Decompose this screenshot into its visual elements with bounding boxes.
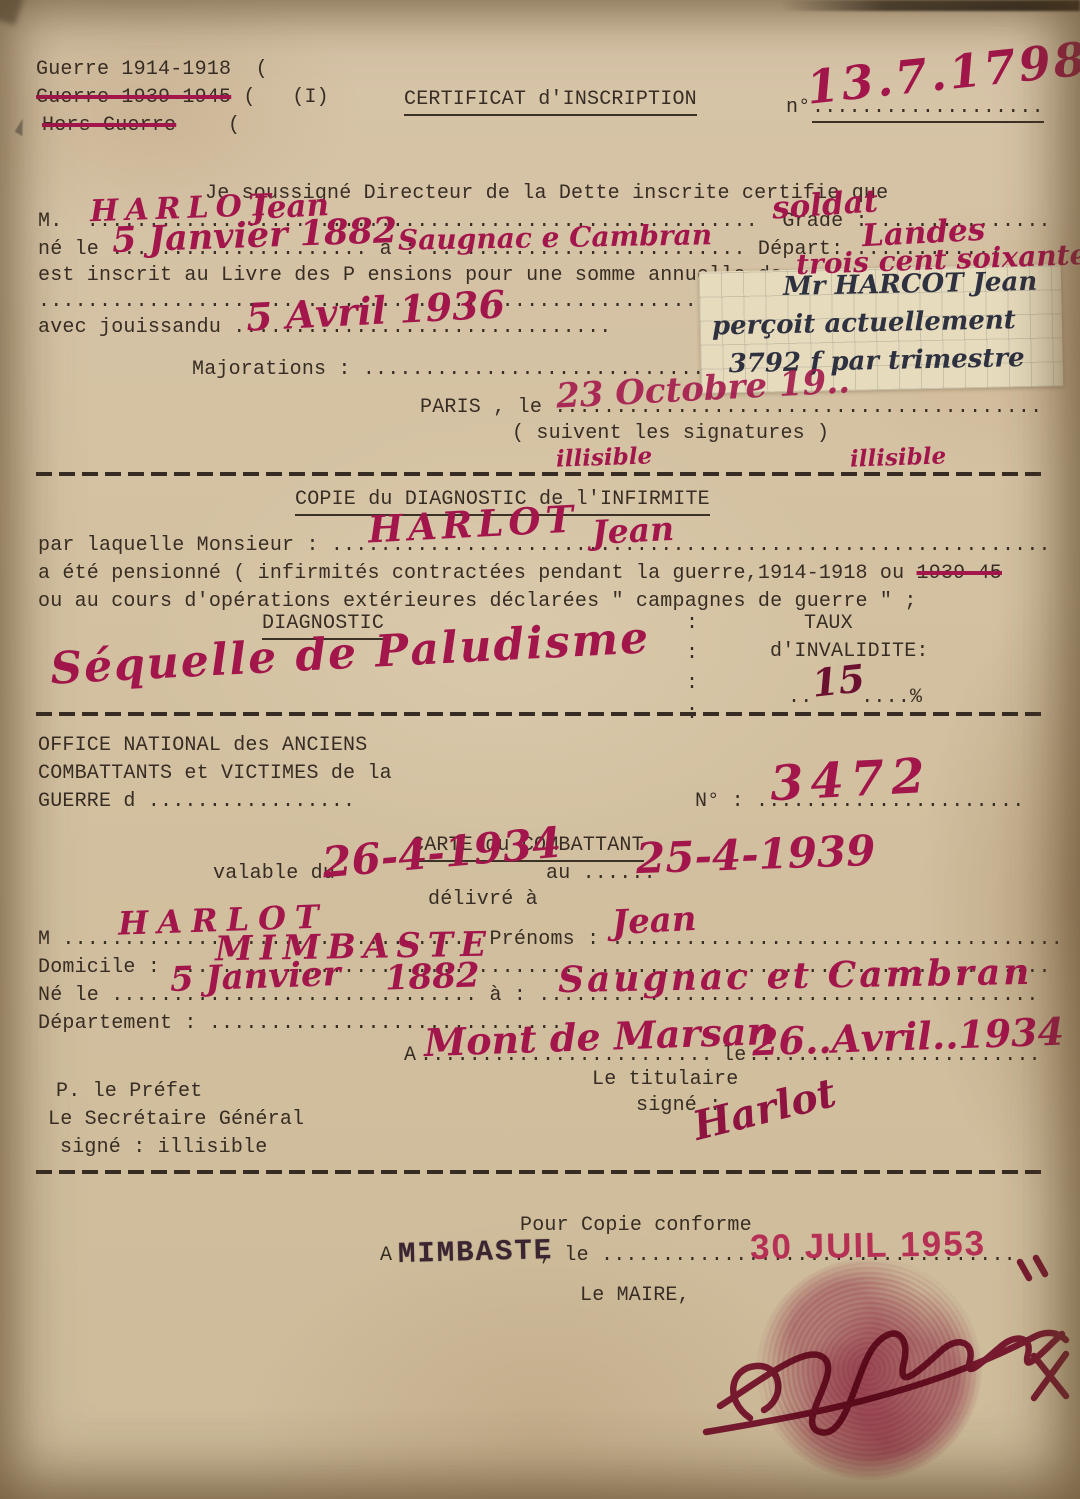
prefet-line-3: signé : illisible xyxy=(60,1136,267,1159)
colon-1: : xyxy=(686,612,698,635)
diag-name-value: HARLOT xyxy=(367,501,579,549)
mayor-signature xyxy=(690,1246,1080,1492)
diag-firstname-value: Jean xyxy=(591,512,675,549)
signature-note-right: illisible xyxy=(850,444,947,470)
diagnosis-value: Séquelle de Paludisme xyxy=(49,616,651,691)
war-line-3: Hors-Guerre xyxy=(42,114,176,137)
number-label: n° xyxy=(786,96,810,119)
war-line-2-struck: Guerre 1939-1945 xyxy=(36,86,231,109)
war-line-2: Guerre 1939-1945 ( (I) xyxy=(36,86,329,109)
commune-stamp: MIMBASTE xyxy=(398,1234,554,1271)
carte-firstname-value: Jean xyxy=(611,902,697,940)
birth-date-value: 5 Janvier 1882 xyxy=(111,213,397,258)
war-line-3-paren: ( xyxy=(228,114,240,137)
valable-label: valable du xyxy=(213,862,335,885)
war-line-1: Guerre 1914-1918 ( xyxy=(36,58,268,81)
prefet-line-1: P. le Préfet xyxy=(56,1080,202,1103)
column-taux: TAUX xyxy=(804,612,853,635)
operations-line: ou au cours d'opérations extérieures déc… xyxy=(38,590,917,613)
valid-to-value: 25-4-1939 xyxy=(635,830,876,880)
taux-value: 15 xyxy=(810,659,867,702)
pension-line-text: a été pensionné ( infirmités contractées… xyxy=(38,562,917,585)
war-line-3-struck: Hors-Guerre xyxy=(42,114,176,137)
divider-2 xyxy=(36,712,1044,716)
suivent-line: ( suivent les signatures ) xyxy=(512,422,829,445)
office-line-3: GUERRE d ................. xyxy=(38,790,355,813)
pension-line-struck: 1939-45 xyxy=(917,562,1002,585)
inscription-line: est inscrit au Livre des P ensions pour … xyxy=(38,264,807,287)
scanner-edge-shadow xyxy=(780,0,1080,11)
carte-birth-place: Saugnac et Cambran xyxy=(558,954,1033,998)
document-title: CERTIFICAT d'INSCRIPTION xyxy=(404,88,697,116)
scanned-certificate-page: Guerre 1914-1918 ( Guerre 1939-1945 ( (I… xyxy=(0,0,1080,1499)
colon-3: : xyxy=(686,672,698,695)
carte-birth-year: 1882 xyxy=(384,958,480,995)
pension-line: a été pensionné ( infirmités contractées… xyxy=(38,562,1002,585)
birth-place-value: Saugnac e Cambran xyxy=(398,221,712,254)
valid-from-value: 26-4-1934 xyxy=(321,822,563,885)
delivre-label: délivré à xyxy=(428,888,538,911)
footer-a-label: A xyxy=(380,1244,392,1267)
divider-3 xyxy=(36,1170,1044,1174)
office-number-value: 3472 xyxy=(769,752,933,808)
war-line-2-rest: ( (I) xyxy=(231,86,329,109)
prefet-line-2: Le Secrétaire Général xyxy=(48,1108,304,1131)
carte-birth-day: 5 Janvier xyxy=(169,957,341,997)
office-line-2: COMBATTANTS et VICTIMES de la xyxy=(38,762,392,785)
maire-label: Le MAIRE, xyxy=(580,1284,690,1307)
scanner-corner-shadow xyxy=(0,0,24,25)
lieu-a-label: A xyxy=(404,1044,416,1067)
carte-date-value: 26..Avril..1934 xyxy=(751,1013,1064,1062)
cursor-arrow xyxy=(15,119,31,136)
note-line-2: perçoit actuellement xyxy=(712,307,1016,339)
office-line-1: OFFICE NATIONAL des ANCIENS xyxy=(38,734,367,757)
pour-copie-label: Pour Copie conforme xyxy=(520,1214,752,1237)
lieu-value: Mont de Marsan xyxy=(423,1012,774,1062)
signature-note-left: illisible xyxy=(556,444,653,470)
colon-2: : xyxy=(686,642,698,665)
divider-1 xyxy=(36,472,1044,476)
titulaire-label: Le titulaire xyxy=(592,1068,738,1091)
